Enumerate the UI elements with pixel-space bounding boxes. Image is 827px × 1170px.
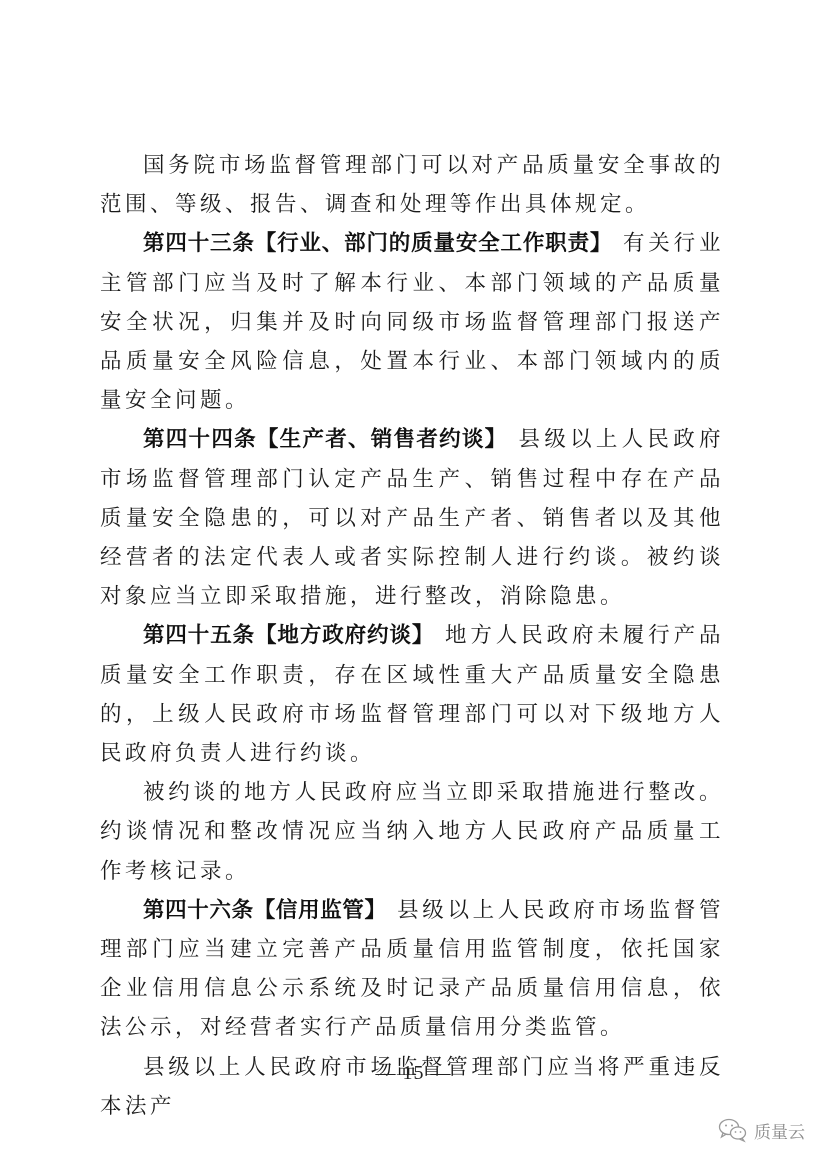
watermark-label: 质量云 [754,1118,805,1143]
page-number: — 15 — [0,1062,827,1085]
article-heading: 第四十四条【生产者、销售者约谈】 [143,427,507,452]
article-44: 第四十四条【生产者、销售者约谈】 县级以上人民政府市场监督管理部门认定产品生产、… [100,420,724,616]
paragraph-text: 县级以上人民政府市场监督管理部门认定产品生产、销售过程中存在产品质量安全隐患的，… [100,427,724,609]
paragraph-0: 国务院市场监督管理部门可以对产品质量安全事故的范围、等级、报告、调查和处理等作出… [100,146,724,224]
article-heading: 第四十三条【行业、部门的质量安全工作职责】 [143,231,612,256]
watermark: 质量云 [718,1117,805,1143]
article-46: 第四十六条【信用监管】 县级以上人民政府市场监督管理部门应当建立完善产品质量信用… [100,891,724,1048]
article-43: 第四十三条【行业、部门的质量安全工作职责】 有关行业主管部门应当及时了解本行业、… [100,224,724,420]
document-page: 国务院市场监督管理部门可以对产品质量安全事故的范围、等级、报告、调查和处理等作出… [100,146,724,1126]
article-heading: 第四十六条【信用监管】 [143,898,387,923]
article-45: 第四十五条【地方政府约谈】 地方人民政府未履行产品质量安全工作职责，存在区域性重… [100,616,724,773]
wechat-icon [718,1117,748,1143]
paragraph-text: 国务院市场监督管理部门可以对产品质量安全事故的范围、等级、报告、调查和处理等作出… [100,153,724,217]
paragraph-text: 有关行业主管部门应当及时了解本行业、本部门领域的产品质量安全状况，归集并及时向同… [100,231,724,413]
article-heading: 第四十五条【地方政府约谈】 [143,623,434,648]
paragraph-6: 县级以上人民政府市场监督管理部门应当将严重违反本法产 [100,1048,724,1126]
paragraph-text: 被约谈的地方人民政府应当立即采取措施进行整改。约谈情况和整改情况应当纳入地方人民… [100,780,724,883]
paragraph-4: 被约谈的地方人民政府应当立即采取措施进行整改。约谈情况和整改情况应当纳入地方人民… [100,773,724,891]
